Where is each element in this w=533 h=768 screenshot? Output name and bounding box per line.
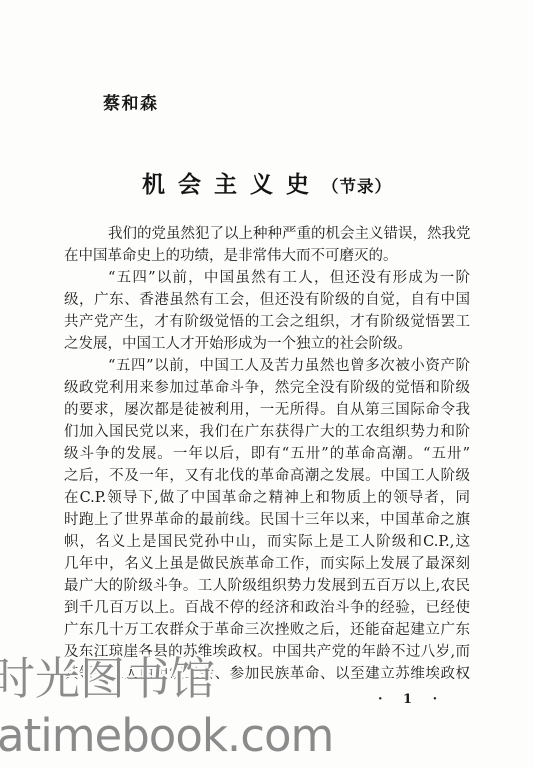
page-number: · 1 · bbox=[378, 692, 438, 707]
text-line: 其领导工人由组织工会、参加民族革命、以至建立苏维埃政权 bbox=[64, 663, 470, 685]
text-line: 广东几十万工农群众于革命三次挫败之后，还能奋起建立广东 bbox=[64, 619, 470, 641]
text-line: 们加入国民党以来，我们在广东获得广大的工农组织势力和阶 bbox=[64, 421, 470, 443]
text-line: 级，广东、香港虽然有工会，但还没有阶级的自觉，自有中国 bbox=[64, 289, 470, 311]
text-line: 我们的党虽然犯了以上种种严重的机会主义错误，然我党 bbox=[64, 223, 470, 245]
text-line: 时跑上了世界革命的最前线。民国十三年以来，中国革命之旗 bbox=[64, 509, 470, 531]
text-line: 在中国革命史上的功绩，是非常伟大而不可磨灭的。 bbox=[64, 245, 470, 267]
title-note: （节录） bbox=[322, 177, 392, 196]
text-line: 的要求，屡次都是徒被利用，一无所得。自从第三国际命令我 bbox=[64, 399, 470, 421]
page-title: 机会主义史（节录） bbox=[64, 173, 470, 196]
text-line: 共产党产生，才有阶级觉悟的工会之组织，才有阶级觉悟罢工 bbox=[64, 311, 470, 333]
title-text: 机会主义史 bbox=[142, 171, 322, 198]
text-line: 之发展，中国工人才开始形成为一个独立的社会阶级。 bbox=[64, 333, 470, 355]
text-line: 之后，不及一年，又有北伐的革命高潮之发展。中国工人阶级 bbox=[64, 465, 470, 487]
scanned-book-page: 蔡和森 机会主义史（节录） 我们的党虽然犯了以上种种严重的机会主义错误，然我党在… bbox=[0, 0, 533, 768]
text-line: 级斗争的发展。一年以后，即有“五卅”的革命高潮。“五卅” bbox=[64, 443, 470, 465]
watermark-site-url: atimebook.com bbox=[0, 713, 333, 758]
text-line: 最广大的阶级斗争。工人阶级组织势力发展到五百万以上,农民 bbox=[64, 575, 470, 597]
body-text: 我们的党虽然犯了以上种种严重的机会主义错误，然我党在中国革命史上的功绩，是非常伟… bbox=[64, 223, 470, 685]
text-line: 几年中，名义上虽是做民族革命工作，而实际上发展了最深刻 bbox=[64, 553, 470, 575]
text-line: 帜，名义上是国民党孙中山，而实际上是工人阶级和C.P.,这 bbox=[64, 531, 470, 553]
text-line: “五四”以前，中国工人及苦力虽然也曾多次被小资产阶 bbox=[64, 355, 470, 377]
text-line: 在C.P.领导下,做了中国革命之精神上和物质上的领导者，同 bbox=[64, 487, 470, 509]
text-line: 及东江琼崖各县的苏维埃政权。中国共产党的年龄不过八岁,而 bbox=[64, 641, 470, 663]
text-line: “五四”以前，中国虽然有工人，但还没有形成为一阶 bbox=[64, 267, 470, 289]
text-line: 级政党利用来参加过革命斗争，然完全没有阶级的觉悟和阶级 bbox=[64, 377, 470, 399]
author-name: 蔡和森 bbox=[103, 96, 159, 113]
text-line: 到千几百万以上。百战不停的经济和政治斗争的经验，已经使 bbox=[64, 597, 470, 619]
